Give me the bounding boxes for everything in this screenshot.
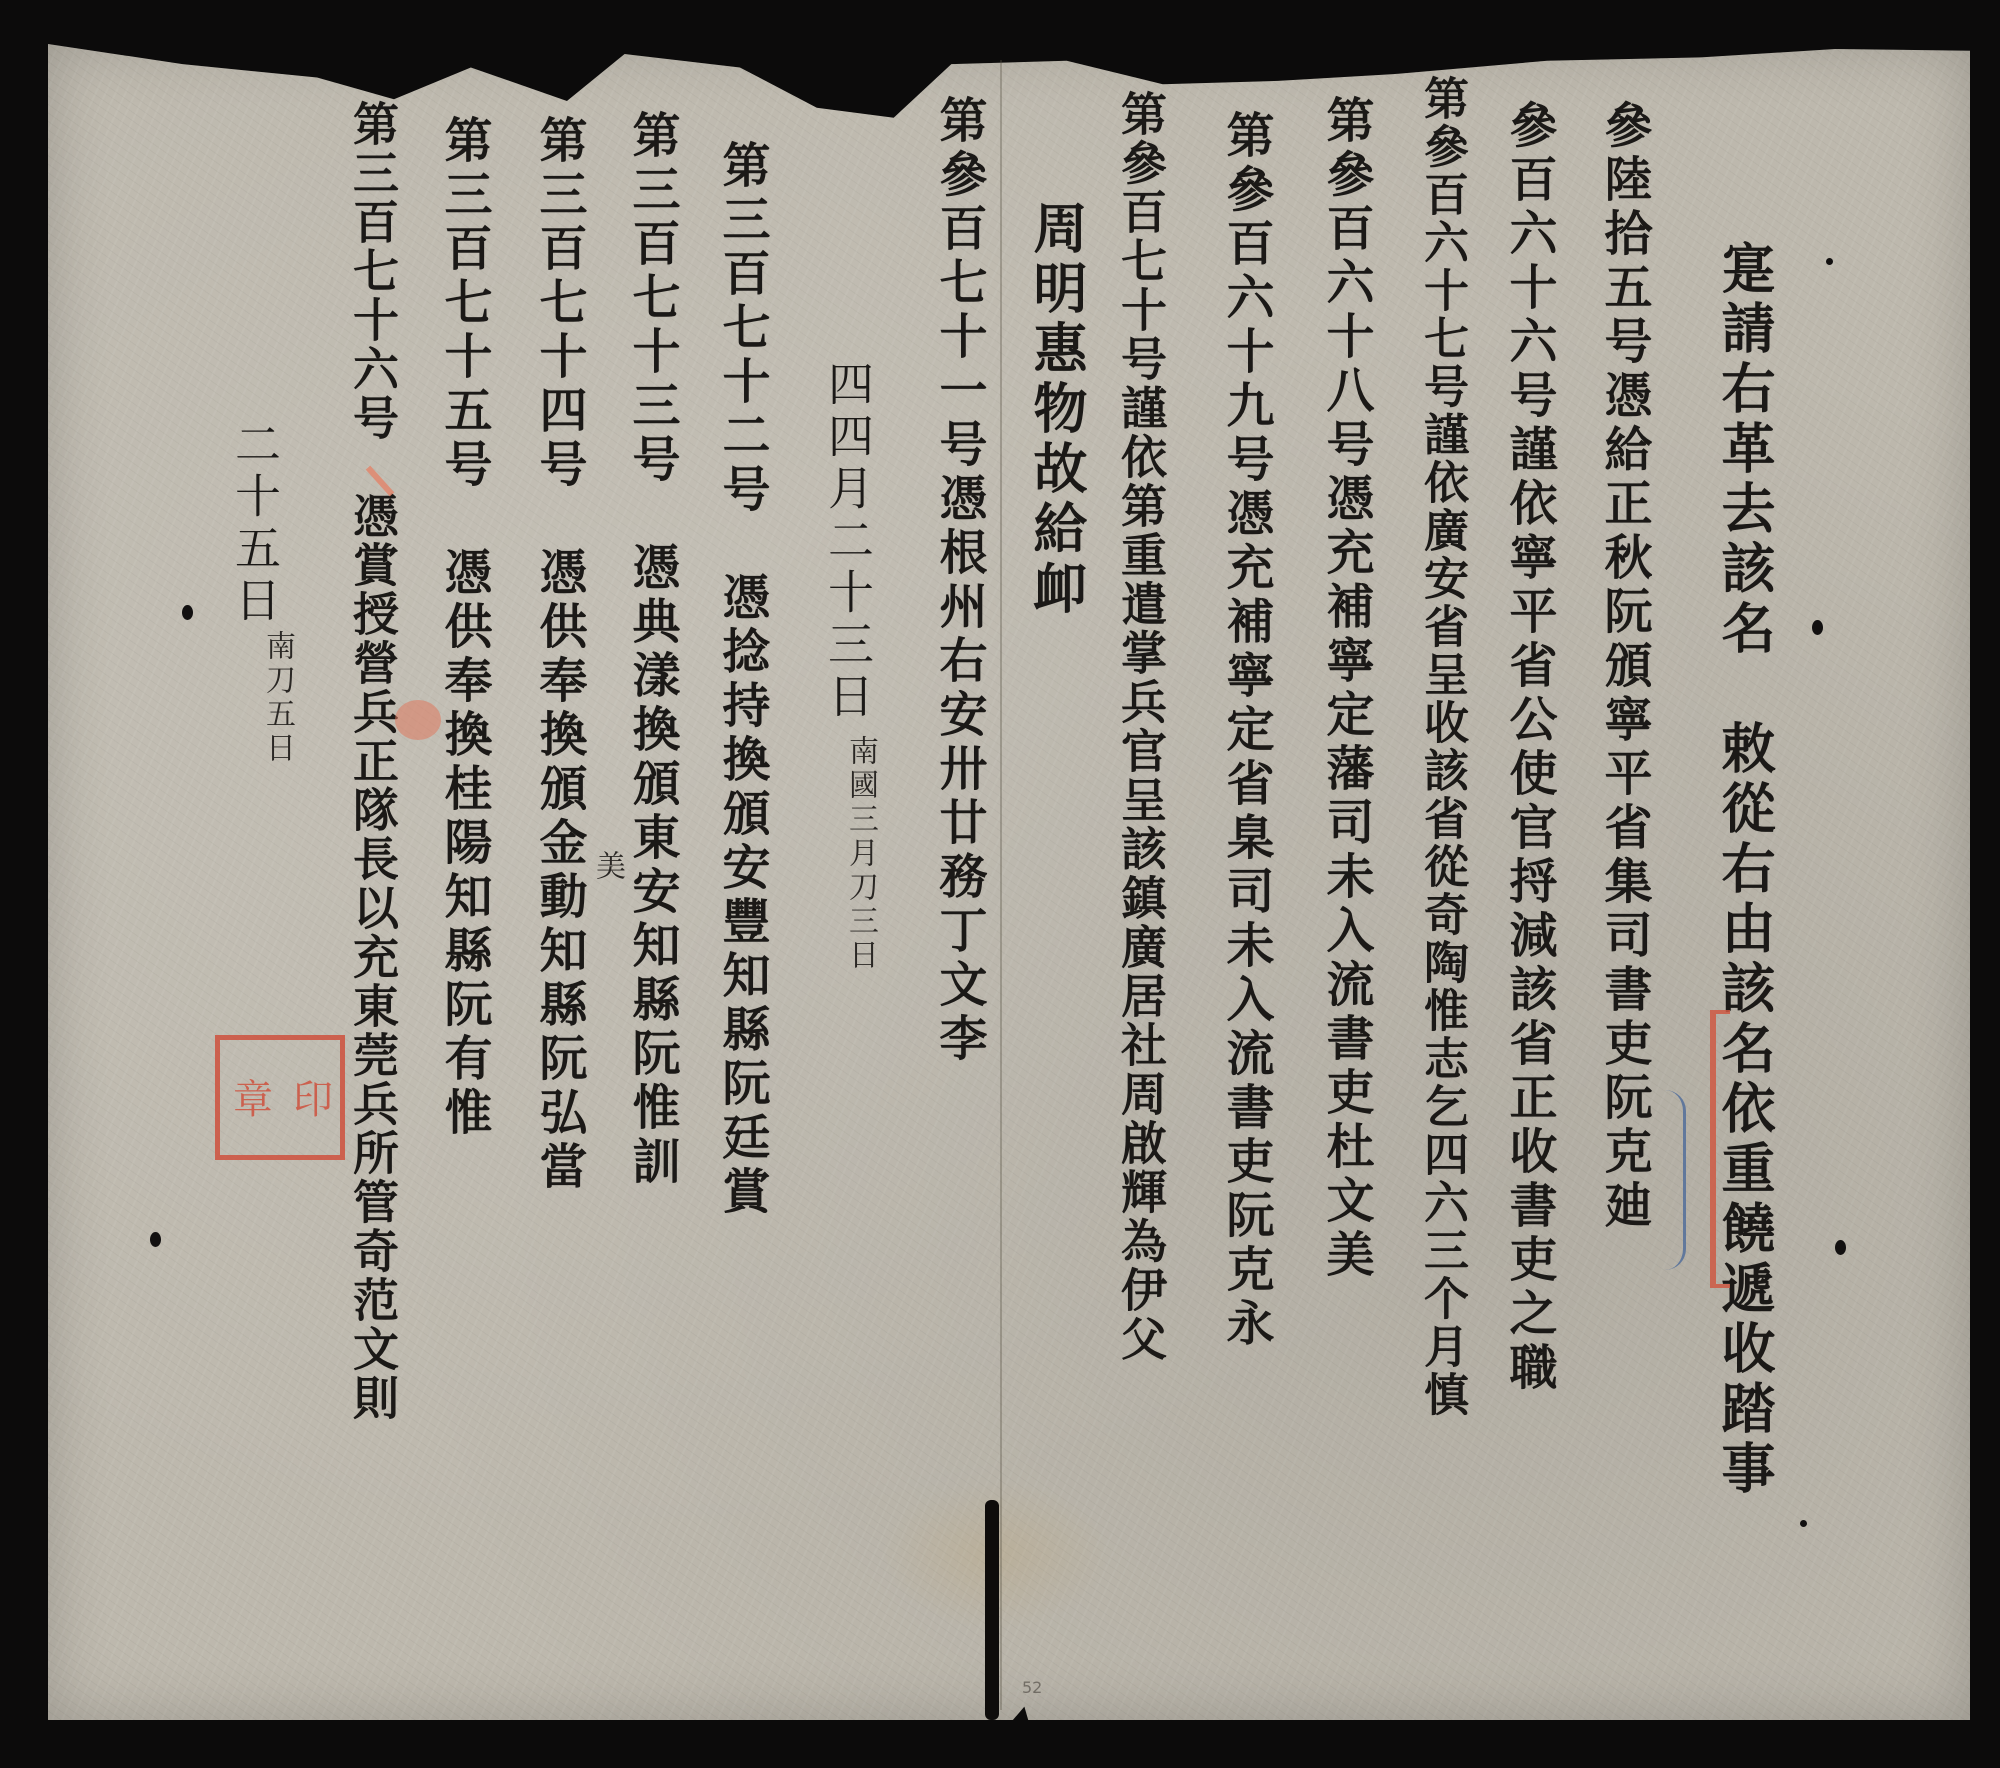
binding-hole bbox=[182, 605, 193, 620]
blue-pencil-mark bbox=[1665, 1090, 1686, 1270]
column-entry-367: 第參百六十七号謹依廣安省呈收該省從奇陶惟志乞四六三个月慎 bbox=[1420, 75, 1465, 1419]
binding-hole bbox=[1835, 1240, 1846, 1255]
binding-hole bbox=[1812, 620, 1823, 635]
column-entry-370-cont: 周明惠物故給卹 bbox=[1030, 200, 1084, 620]
column-entry-370: 第參百七十号謹依第重遣掌兵官呈該鎮廣居社周啟輝為伊父 bbox=[1118, 90, 1164, 1364]
column-entry-365: 參陸拾五号憑給正秋阮頒寧平省集司書吏阮克廸 bbox=[1600, 100, 1648, 1234]
binding-hole bbox=[1800, 1520, 1807, 1527]
column-entry-372: 第三百七十二号 憑捻持換頒安豐知縣阮廷賞 bbox=[718, 140, 766, 1220]
interlinear-correction: 美 bbox=[592, 850, 622, 884]
binding-hole bbox=[1826, 258, 1833, 265]
column-entry-366: 參百六十六号謹依寧平省公使官捋減該省正收書吏之職 bbox=[1505, 100, 1553, 1396]
page-number-mark: 52 bbox=[1022, 1678, 1042, 1697]
red-ink-smudge bbox=[395, 700, 441, 740]
seal-char: 章 bbox=[222, 1078, 279, 1118]
date-25th: 二十五日 bbox=[232, 420, 278, 628]
date-april-23: 四四月二十三日 bbox=[825, 360, 871, 724]
column-entry-371: 第參百七十一号憑根州右安卅廿務丁文李 bbox=[935, 95, 983, 1067]
date-note-25th: 南刀五日 bbox=[262, 630, 292, 766]
binding-hole bbox=[150, 1232, 161, 1247]
date-note-southern: 南國三月刀三日 bbox=[845, 735, 875, 973]
red-seal-stamp: 章 印 bbox=[215, 1035, 345, 1160]
column-entry-373: 第三百七十三号 憑典漾換頒東安知縣阮惟訓 bbox=[628, 110, 676, 1190]
center-fold-line bbox=[1000, 60, 1002, 1710]
column-entry-369: 第參百六十九号憑充補寧定省臬司未入流書吏阮克永 bbox=[1222, 110, 1270, 1352]
column-title: 寔請右革去該名 敕從右由該名依重饒遞收踏事 bbox=[1718, 240, 1772, 1500]
red-bracket-mark bbox=[1710, 1010, 1730, 1288]
column-entry-376: 第三百七十六号 憑賞授營兵正隊長以充東莞兵所管奇范文則 bbox=[350, 100, 396, 1423]
column-entry-374: 第三百七十四号 憑供奉換頒金動知縣阮弘當 bbox=[535, 115, 583, 1195]
seal-char: 印 bbox=[282, 1078, 339, 1118]
manuscript-paper bbox=[48, 44, 1970, 1720]
column-entry-375: 第三百七十五号 憑供奉換桂陽知縣阮有惟 bbox=[440, 115, 488, 1141]
column-entry-368: 第參百六十八号憑充補寧定藩司未入流書吏杜文美 bbox=[1322, 95, 1370, 1283]
center-tear bbox=[985, 1500, 999, 1720]
document-scan: 寔請右革去該名 敕從右由該名依重饒遞收踏事 參陸拾五号憑給正秋阮頒寧平省集司書吏… bbox=[0, 0, 2000, 1768]
